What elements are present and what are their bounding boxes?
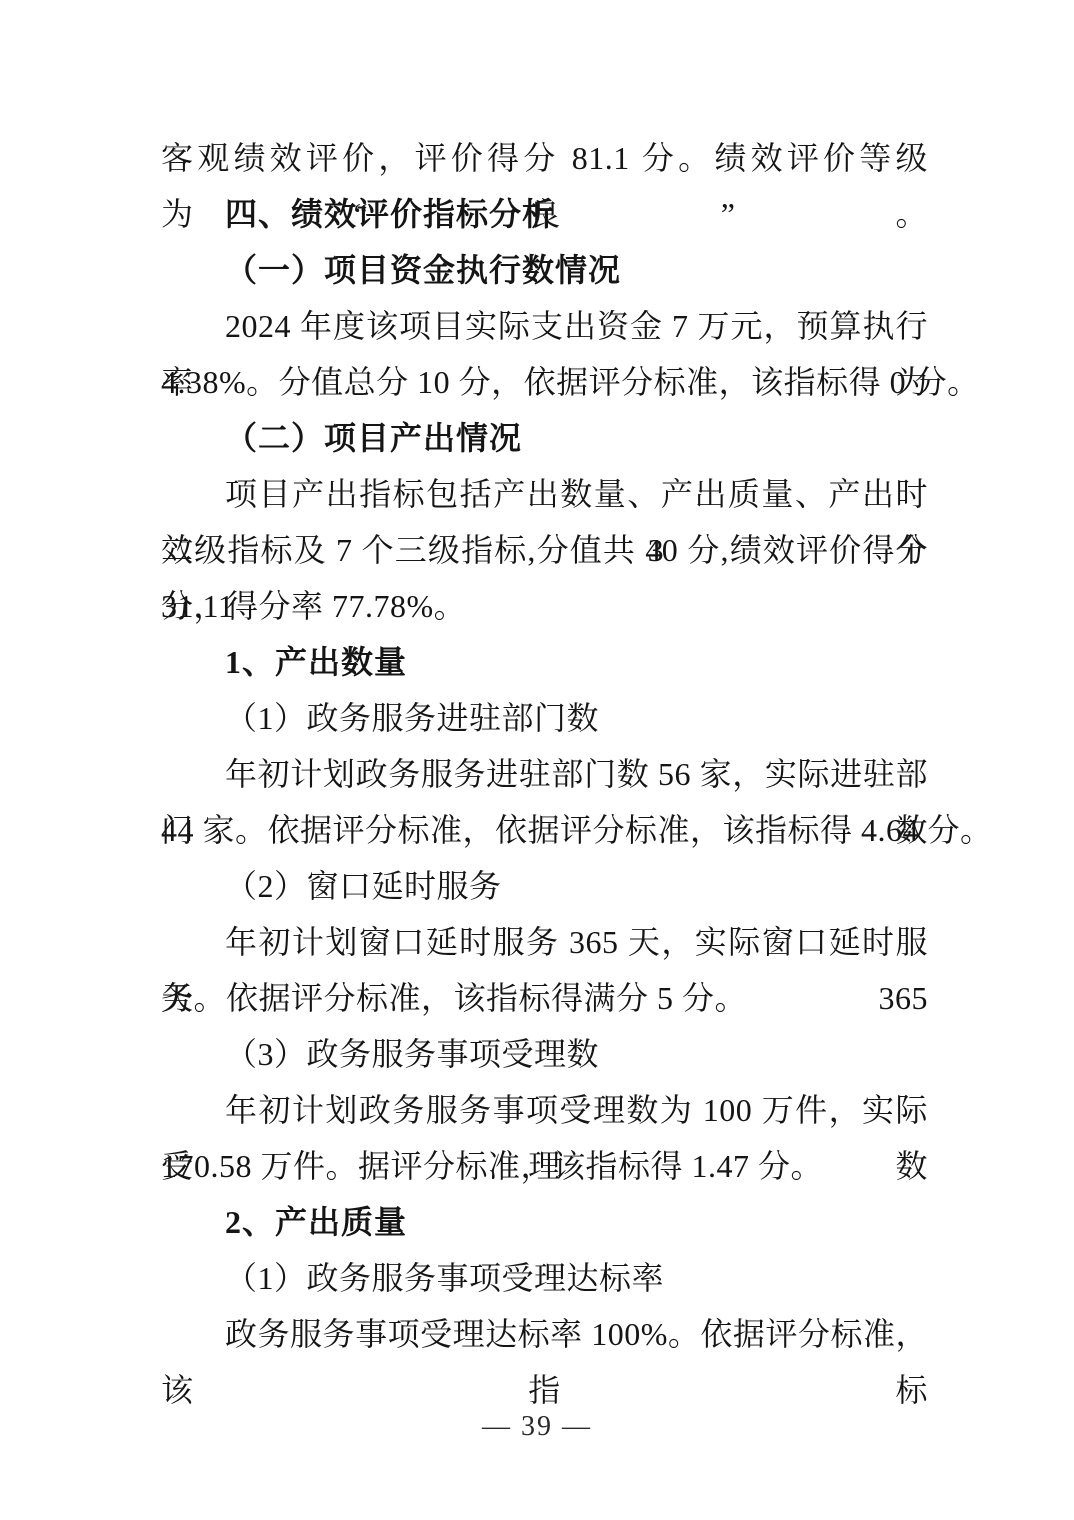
text-line: 二级指标及 7 个三级指标,分值共 40 分,绩效评价得分 31.11 — [161, 522, 928, 578]
text-line: 年初计划窗口延时服务 365 天，实际窗口延时服务 365 — [161, 914, 928, 970]
text-line: 分，得分率 77.78%。 — [161, 578, 928, 634]
text-line: 年初计划政务服务进驻部门数 56 家，实际进驻部门数 — [161, 746, 928, 802]
page-number: — 39 — — [0, 1405, 1074, 1449]
text-line: （2）窗口延时服务 — [161, 858, 928, 914]
text-line: 政务服务事项受理达标率 100%。依据评分标准，该指标 — [161, 1306, 928, 1362]
text-line: 年初计划政务服务事项受理数为 100 万件，实际受理数 — [161, 1082, 928, 1138]
text-line: 客观绩效评价，评价得分 81.1 分。绩效评价等级为“良”。 — [161, 130, 928, 186]
text-line: 4.38%。分值总分 10 分，依据评分标准，该指标得 0 分。 — [161, 354, 928, 410]
document-page: 客观绩效评价，评价得分 81.1 分。绩效评价等级为“良”。 四、绩效评价指标分… — [0, 0, 1074, 1520]
text-line: （1）政务服务进驻部门数 — [161, 690, 928, 746]
document-body: 客观绩效评价，评价得分 81.1 分。绩效评价等级为“良”。 四、绩效评价指标分… — [161, 130, 928, 1362]
section-heading: （一）项目资金执行数情况 — [161, 242, 928, 298]
text-line: 170.58 万件。据评分标准，该指标得 1.47 分。 — [161, 1138, 928, 1194]
text-line: 项目产出指标包括产出数量、产出质量、产出时效 3 个 — [161, 466, 928, 522]
section-heading: 2、产出质量 — [161, 1194, 928, 1250]
text-line: 2024 年度该项目实际支出资金 7 万元，预算执行率为 — [161, 298, 928, 354]
text-line: （1）政务服务事项受理达标率 — [161, 1250, 928, 1306]
section-heading: （二）项目产出情况 — [161, 410, 928, 466]
text-line: 44 家。依据评分标准，依据评分标准，该指标得 4.64 分。 — [161, 802, 928, 858]
text-line: （3）政务服务事项受理数 — [161, 1026, 928, 1082]
section-heading: 1、产出数量 — [161, 634, 928, 690]
